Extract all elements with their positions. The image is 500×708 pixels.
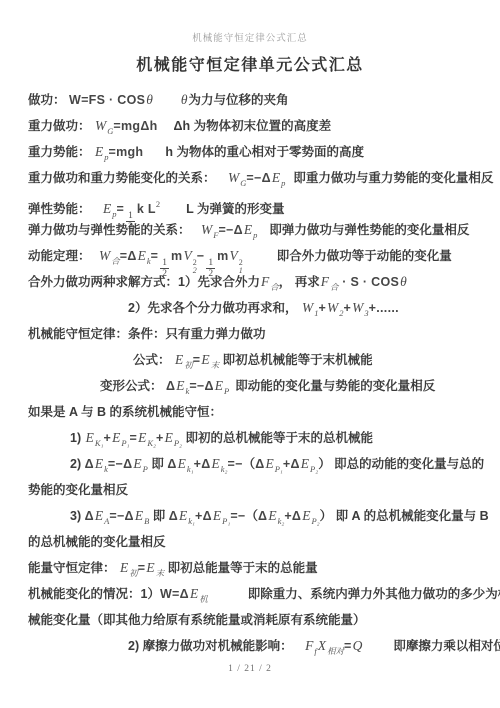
formula-run: = [151,249,159,263]
formula-run: =Δ [120,249,137,263]
math-variable: W [201,222,212,237]
text-run: 3) [70,509,85,523]
formula-line: 弹性势能： Ep=12k L2L 为弹簧的形变量 [28,191,490,217]
formula-run: k L [137,202,156,216]
text-run: 能量守恒定律： [28,561,119,575]
formula-run: Δ [258,509,267,523]
superscript: 2 [156,199,160,209]
formula-run: = [344,639,352,653]
formula-run: =−Δ [218,223,242,237]
formula-run: Δ [85,457,94,471]
formula-run: · S · COS [338,275,399,289]
subscript: 合 [270,282,279,292]
formula-run: Δ [255,457,264,471]
formula-run: + [344,301,352,315]
formula-line: 重力做功和重力势能变化的关系： WG=−ΔEp即重力做功与重力势能的变化量相反 [28,165,490,191]
formula-run: =− [227,457,242,471]
text-run: 重力做功： [28,119,94,133]
formula-line: 如果是 A 与 B 的系统机械能守恒： [28,399,490,425]
math-variable: W [95,118,106,133]
text-run: 弹力做功与弹性势能的关系： [28,223,194,237]
fraction-numerator: 1 [206,258,215,268]
subscript: k₁ [188,516,195,526]
formula-run: +Δ [284,509,301,523]
math-variable: W [327,300,338,315]
text-run: 即初总能量等于末的总能量 [164,561,317,575]
document-page: 机械能守恒定律公式汇总 机械能守恒定律单元公式汇总 做功： W=FS · COS… [0,0,500,708]
math-variable: E [133,456,141,471]
text-run: 即重力做功与重力势能的变化量相反 [293,171,493,185]
formula-run: = [193,353,201,367]
formula-line: 能量守恒定律： E初=E末 即初总能量等于末的总能量 [28,555,490,581]
text-run: 的总机械能的变化量相反 [28,535,166,549]
subscript: P [224,386,229,396]
formula-line: 合外力做功两种求解方式：1）先求合外力F合， 再求F合 · S · COSθ [28,269,490,295]
math-variable: E [95,144,103,159]
math-variable: θ [181,92,188,107]
math-variable: Q [353,638,363,653]
text-run: （ [246,509,259,523]
formula-line: 的总机械能的变化量相反 [28,529,490,555]
formula-run: = [116,202,124,216]
math-variable: E [215,378,223,393]
math-variable: E [272,170,280,185]
formula-run: =mgΔh [113,119,157,133]
formula-line: 做功： W=FS · COSθθ为力与位移的夹角 [28,87,490,113]
math-variable: E [95,508,103,523]
subscript: 初 [129,568,138,578]
math-variable: E [268,508,276,523]
subscript: P₂ [311,516,319,526]
text-run: 2）先求各个分力做功再求和， [128,301,301,315]
text-run: 如果是 A 与 B 的系统机械能守恒： [28,405,222,419]
math-variable: E [302,508,310,523]
text-run: 2) 摩擦力做功对机械能影响： [128,639,296,653]
formula-run: Δ [167,457,176,471]
text-run: L 为弹簧的形变量 [186,202,284,216]
text-run: 械能变化量（即其他力给原有系统能量或消耗原有系统能量） [28,613,366,627]
text-run: （ [243,457,256,471]
formula-run: m [217,249,228,263]
subscript: P₂ [174,438,182,448]
formula-line: 机械能变化的情况：1）W=ΔE机即除重力、系统内弹力外其他力做功的多少为机 [28,581,490,607]
text-run: 公式： [133,353,174,367]
formula-run: = [129,431,137,445]
text-run: 合外力做功两种求解方式：1）先求合外力 [28,275,260,289]
formula-line: 2) ΔEk=−ΔEP 即 ΔEk₁+ΔEk₂=−（ΔEP₁+ΔEP₂） 即总的… [28,451,490,477]
formula-line: 变形公式： ΔEk=−ΔEP即动能的变化量与势能的变化量相反 [28,373,490,399]
formula-line: 2）先求各个分力做功再求和， W1+W2+W3+...... [28,295,490,321]
formula-run: + [103,431,111,445]
subscript: p [281,178,285,188]
formula-run: − [197,249,205,263]
subscript: 机 [199,594,208,604]
math-variable: F [305,638,313,653]
math-variable: X [318,638,326,653]
formula-line: 3) ΔEA=−ΔEB 即 ΔEk₁+ΔEP₁=−（ΔEk₂+ΔEP₂） 即 A… [28,503,490,529]
formula-line: 1) EK₁+EP₁=EK₂+EP₂ 即初的总机械能等于末的总机械能 [28,425,490,451]
text-run: 弹性势能： [28,202,94,216]
math-variable: E [190,586,198,601]
page-title: 机械能守恒定律单元公式汇总 [0,52,500,75]
math-variable: E [103,201,111,216]
subscript: k₁ [187,464,194,474]
formula-run: =−Δ [108,457,132,471]
formula-line: 动能定理： W合=ΔEk=12mV22−12mV21即合外力做功等于动能的变化量 [28,243,490,269]
math-variable: V [229,248,237,263]
math-variable: E [176,378,184,393]
formula-run: =− [230,509,245,523]
subscript: 初 [184,360,193,370]
formula-run: +Δ [194,457,211,471]
text-run: 即摩擦力乘以相对位 [393,639,500,653]
text-run: 做功： [28,93,69,107]
formula-run: =−Δ [246,171,270,185]
fraction-numerator: 1 [160,258,169,268]
formula-run: =−Δ [109,509,133,523]
subscript: P₂ [310,464,318,474]
math-variable: E [301,456,309,471]
formula-run: =−Δ [189,379,213,393]
document-header-small: 机械能守恒定律公式汇总 [0,30,500,44]
formula-run: = [138,561,146,575]
math-variable: E [86,430,94,445]
text-run: 即动能的变化量与势能的变化量相反 [235,379,435,393]
formula-run: Δ [166,379,175,393]
subscript: 末 [156,568,165,578]
math-variable: E [165,430,173,445]
math-variable: F [321,274,329,289]
subscript: 末 [211,360,220,370]
math-variable: E [112,430,120,445]
formula-line: 势能的变化量相反 [28,477,490,503]
subscript: K₂ [147,438,156,448]
math-variable: E [135,508,143,523]
formula-run: + [318,301,326,315]
text-run: 即 [148,457,167,471]
formula-run: +Δ [283,457,300,471]
text-run: 即除重力、系统内弹力外其他力做功的多少为机 [248,587,500,601]
text-run: 即合外力做功等于动能的变化量 [277,249,452,263]
text-run: 重力势能： [28,145,94,159]
formula-line: 弹力做功与弹性势能的关系： WF=−ΔEp即弹力做功与弹性势能的变化量相反 [28,217,490,243]
formula-line: 公式： E初=E末 即初总机械能等于末机械能 [28,347,490,373]
formula-line: 重力势能： Ep=mghh 为物体的重心相对于零势面的高度 [28,139,490,165]
formula-run: + [156,431,164,445]
formula-line: 械能变化量（即其他力给原有系统能量或消耗原有系统能量） [28,607,490,633]
text-run: 即弹力做功与弹性势能的变化量相反 [269,223,469,237]
math-variable: θ [146,92,153,107]
math-variable: E [265,456,273,471]
text-run: Δh 为物体初末位置的高度差 [174,119,332,133]
text-run: 变形公式： [100,379,166,393]
text-run: 即初的总机械能等于末的总机械能 [182,431,373,445]
math-variable: W [302,300,313,315]
math-variable: E [201,352,209,367]
math-variable: E [146,560,154,575]
text-run: 1) [70,431,85,445]
math-variable: W [228,170,239,185]
text-run: h 为物体的重心相对于零势面的高度 [165,145,364,159]
formula-line: 重力做功： WG=mgΔhΔh 为物体初末位置的高度差 [28,113,490,139]
formula-run: Δ [85,509,94,523]
page-number: 1 / 21 / 2 [0,664,500,674]
math-variable: E [120,560,128,575]
math-variable: F [261,274,269,289]
math-variable: E [211,456,219,471]
formula-run: Δ [169,509,178,523]
math-variable: E [138,430,146,445]
text-run: 为力与位移的夹角 [189,93,289,107]
math-variable: E [179,508,187,523]
math-variable: E [95,456,103,471]
text-run: 机械能变化的情况：1） [28,587,160,601]
math-variable: W [352,300,363,315]
document-body: 做功： W=FS · COSθθ为力与位移的夹角重力做功： WG=mgΔhΔh … [28,87,490,659]
subscript: 相对 [327,646,344,656]
formula-run: m [171,249,182,263]
math-variable: E [244,222,252,237]
formula-run: +...... [369,301,399,315]
formula-line: 机械能守恒定律：条件：只有重力弹力做功 [28,321,490,347]
math-variable: E [213,508,221,523]
formula-run: =mgh [108,145,143,159]
math-variable: E [178,456,186,471]
text-run: 重力做功和重力势能变化的关系： [28,171,219,185]
text-run: ， 再求 [279,275,320,289]
formula-run: +Δ [195,509,212,523]
subscript: f [314,646,316,656]
text-run: 即 [149,509,168,523]
formula-line: 2) 摩擦力做功对机械能影响： FfX相对=Q即摩擦力乘以相对位 [28,633,490,659]
formula-run: W=Δ [160,587,189,601]
subscript: 合 [111,256,120,266]
text-run: 势能的变化量相反 [28,483,128,497]
math-variable: V [183,248,191,263]
subscript: p [253,230,257,240]
math-variable: θ [400,274,407,289]
text-run: 机械能守恒定律：条件：只有重力弹力做功 [28,327,266,341]
subscript: P₁ [275,464,283,474]
math-variable: E [175,352,183,367]
text-run: 即初总机械能等于末机械能 [219,353,372,367]
text-run: ） 即 A 的总机械能变化量与 B [320,509,489,523]
math-variable: W [99,248,110,263]
text-run: 2) [70,457,85,471]
text-run: ） 即总的动能的变化量与总的 [318,457,484,471]
math-variable: E [138,248,146,263]
text-run: 动能定理： [28,249,94,263]
formula-run: W=FS · COS [69,93,145,107]
